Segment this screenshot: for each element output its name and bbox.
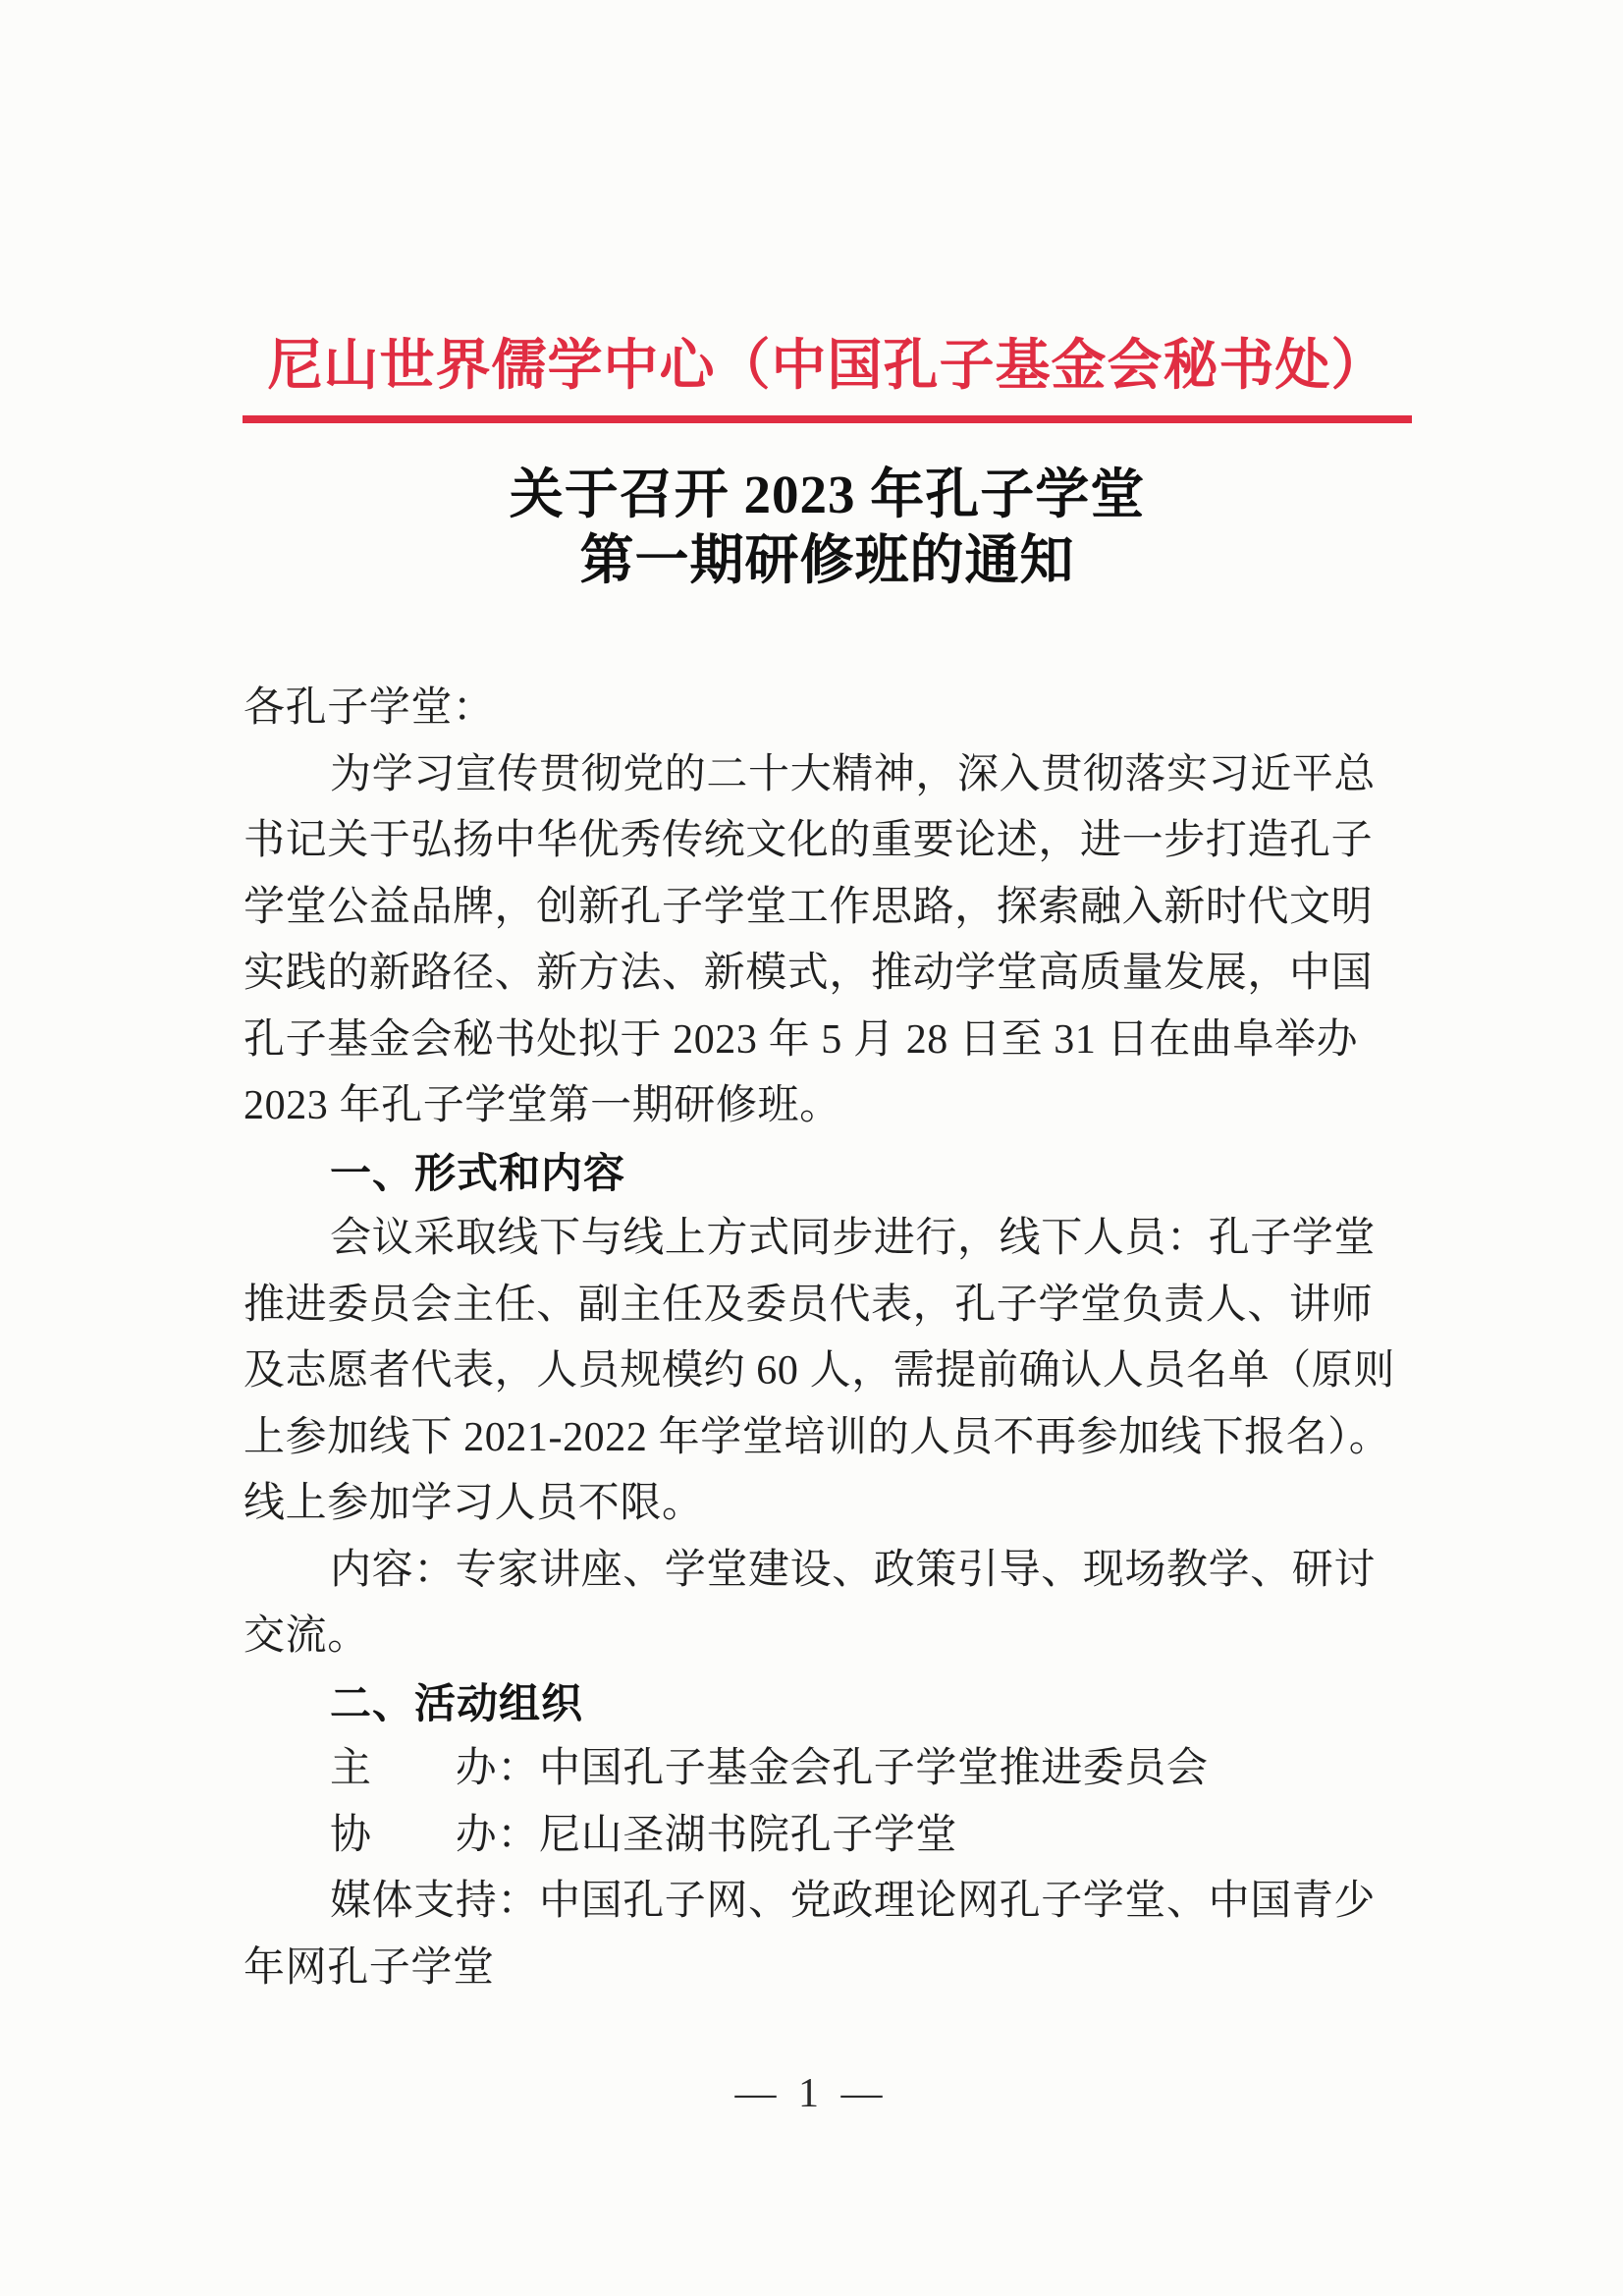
body-line: 推进委员会主任、副主任及委员代表，孔子学堂负责人、讲师 (243, 1273, 1417, 1339)
media-support-line: 媒体支持：中国孔子网、党政理论网孔子学堂、中国青少 (243, 1869, 1417, 1936)
document-body: 各孔子学堂： 为学习宣传贯彻党的二十大精神，深入贯彻落实习近平总 书记关于弘扬中… (243, 676, 1417, 2001)
section-heading-activity-organization: 二、活动组织 (243, 1670, 1417, 1737)
body-line: 书记关于弘扬中华优秀传统文化的重要论述，进一步打造孔子 (243, 808, 1417, 875)
document-page: 尼山世界儒学中心（中国孔子基金会秘书处） 关于召开 2023 年孔子学堂 第一期… (0, 0, 1623, 2296)
salutation-line: 各孔子学堂： (243, 676, 1417, 742)
organizer-line: 主 办：中国孔子基金会孔子学堂推进委员会 (243, 1736, 1417, 1803)
document-title-line-1: 关于召开 2023 年孔子学堂 (243, 462, 1412, 527)
body-line: 及志愿者代表，人员规模约 60 人，需提前确认人员名单（原则 (243, 1339, 1417, 1405)
body-line: 实践的新路径、新方法、新模式，推动学堂高质量发展，中国 (243, 941, 1417, 1008)
page-number: — 1 — (0, 2070, 1623, 2117)
body-line: 年网孔子学堂 (243, 1936, 1417, 2002)
body-line: 交流。 (243, 1604, 1417, 1670)
body-line: 线上参加学习人员不限。 (243, 1471, 1417, 1538)
letterhead-org-name: 尼山世界儒学中心（中国孔子基金会秘书处） (243, 322, 1412, 401)
body-line: 孔子基金会秘书处拟于 2023 年 5 月 28 日至 31 日在曲阜举办 (243, 1008, 1417, 1074)
body-line: 内容：专家讲座、学堂建设、政策引导、现场教学、研讨 (243, 1538, 1417, 1605)
co-organizer-line: 协 办：尼山圣湖书院孔子学堂 (243, 1803, 1417, 1870)
letterhead-divider-rule (243, 415, 1412, 423)
body-line: 2023 年孔子学堂第一期研修班。 (243, 1073, 1417, 1140)
body-line: 为学习宣传贯彻党的二十大精神，深入贯彻落实习近平总 (243, 742, 1417, 809)
section-heading-format-content: 一、形式和内容 (243, 1140, 1417, 1207)
body-line: 学堂公益品牌，创新孔子学堂工作思路，探索融入新时代文明 (243, 875, 1417, 942)
document-title-line-2: 第一期研修班的通知 (243, 527, 1412, 593)
body-line: 会议采取线下与线上方式同步进行，线下人员：孔子学堂 (243, 1206, 1417, 1273)
body-line: 上参加线下 2021-2022 年学堂培训的人员不再参加线下报名）。 (243, 1405, 1417, 1472)
document-title: 关于召开 2023 年孔子学堂 第一期研修班的通知 (243, 462, 1412, 593)
